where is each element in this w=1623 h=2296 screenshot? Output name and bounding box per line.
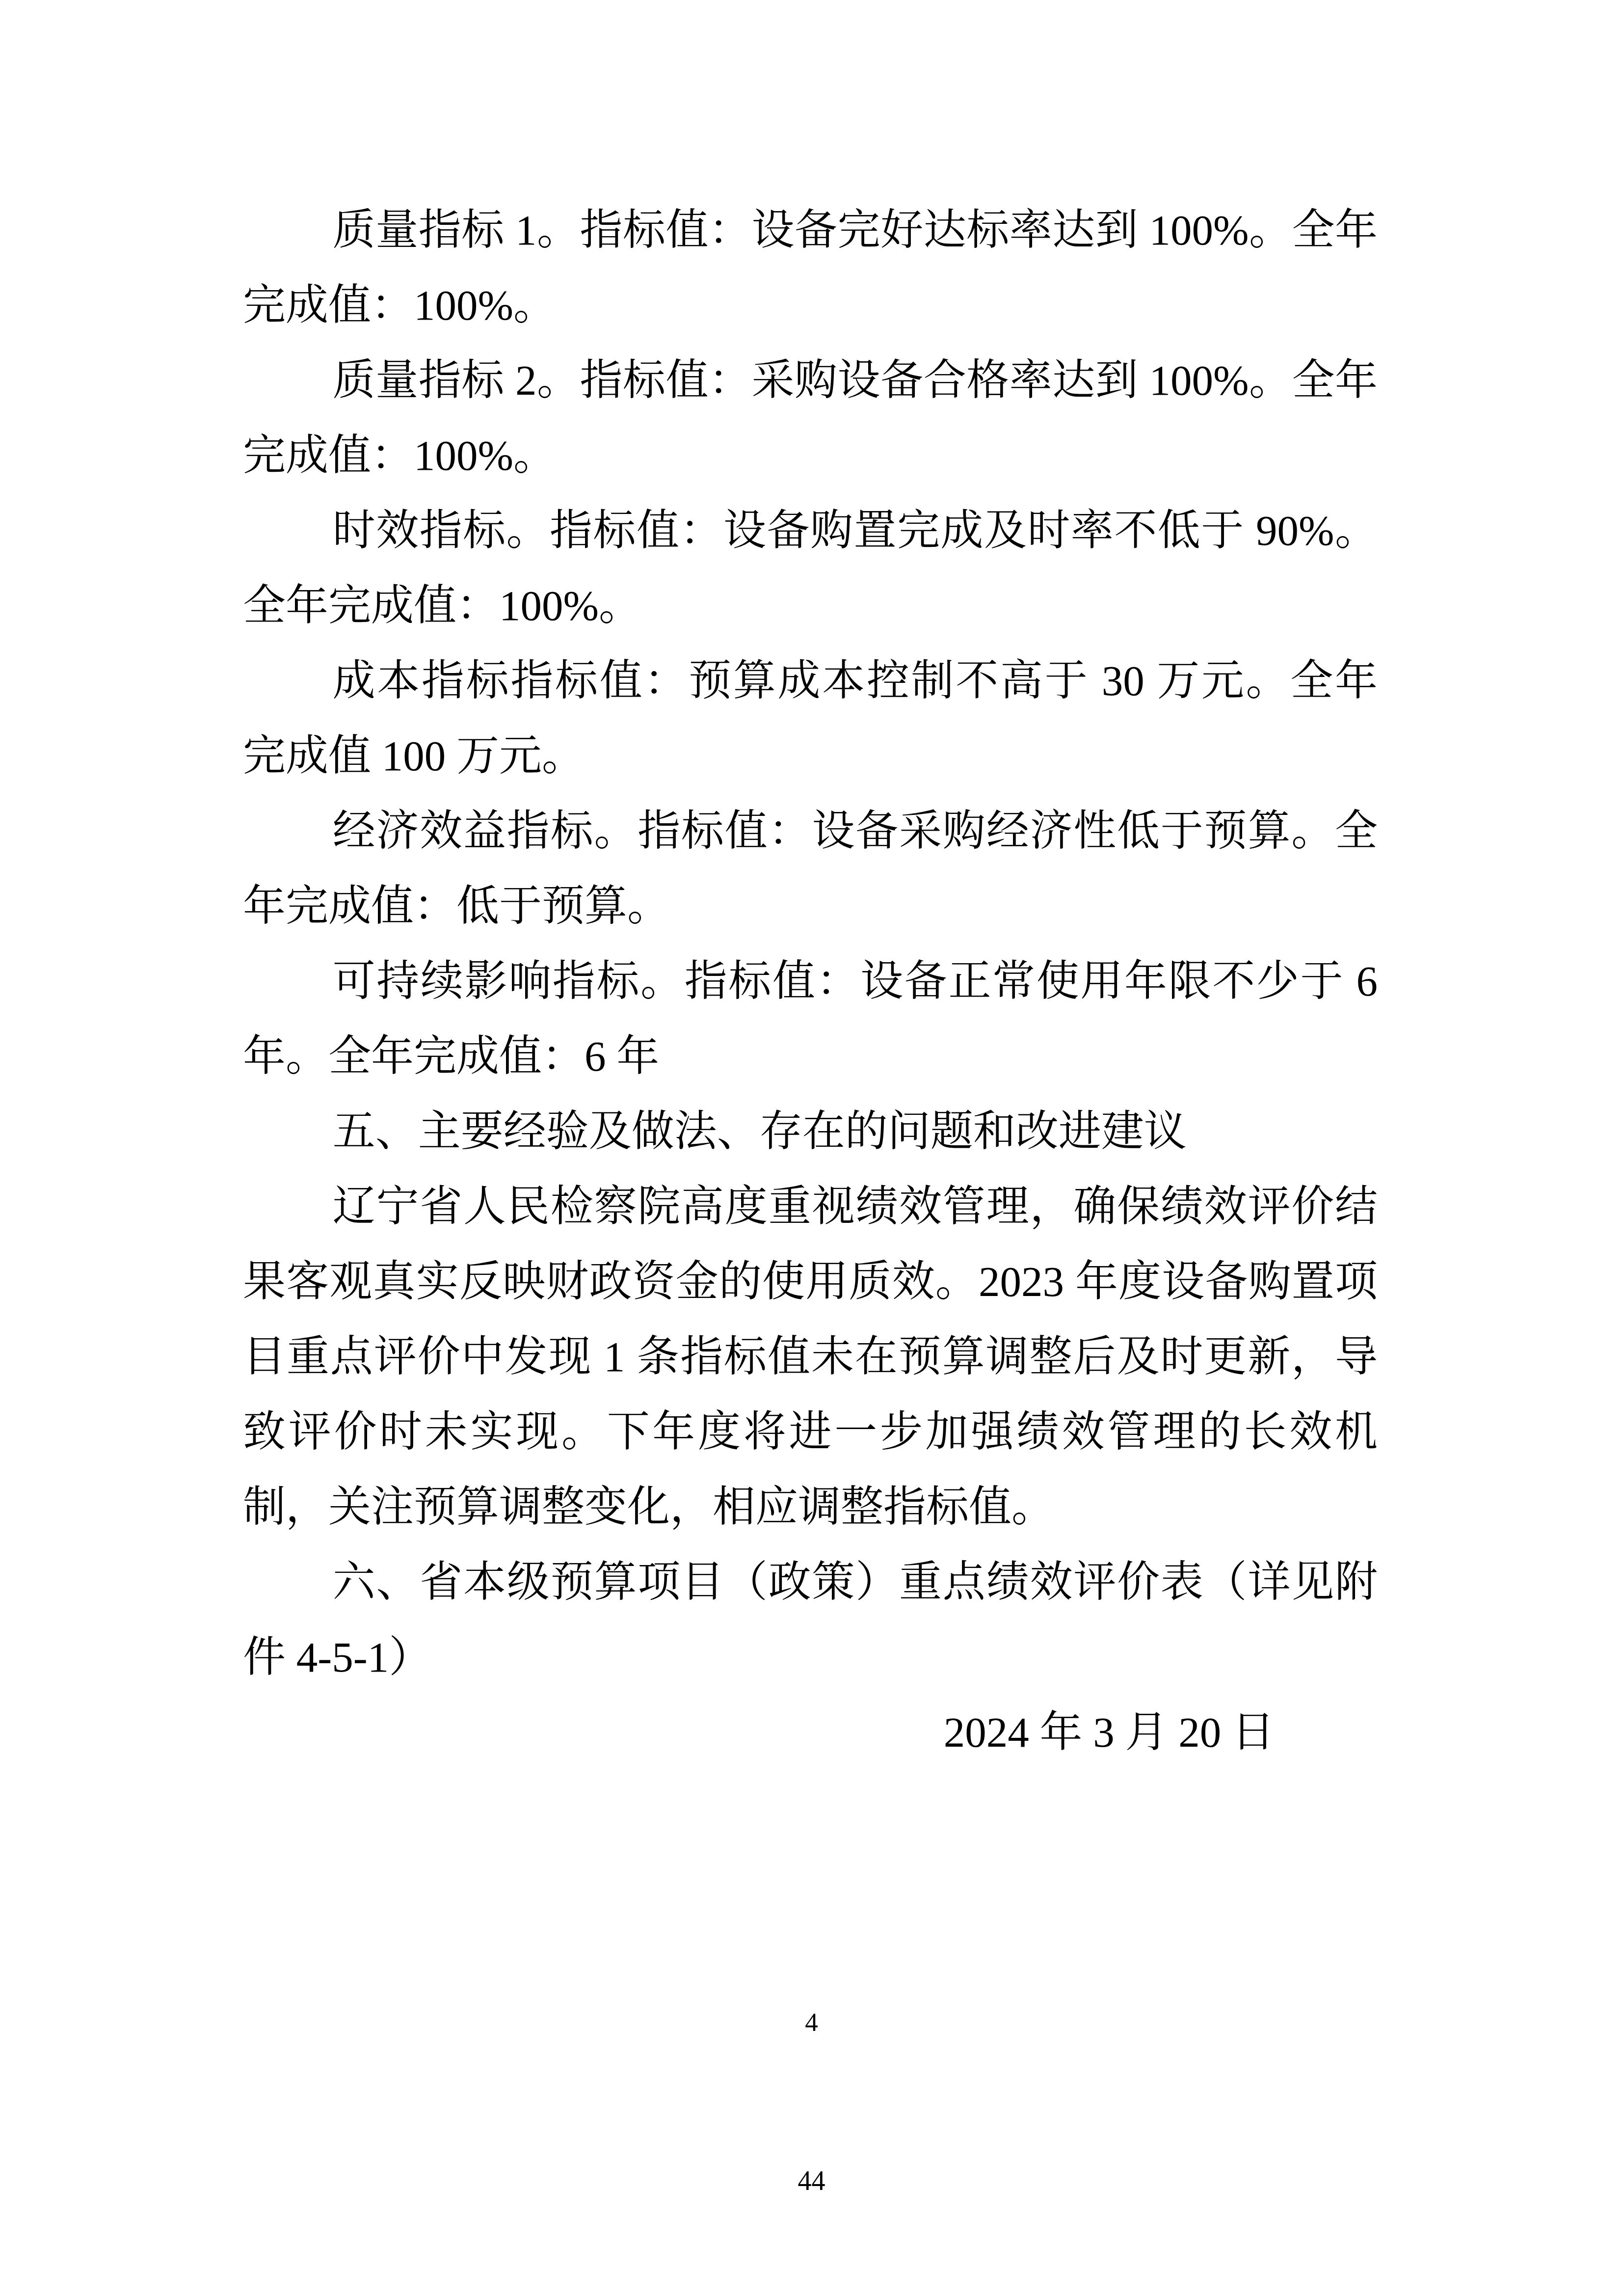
heading-section-6-evaluation-table-reference: 六、省本级预算项目（政策）重点绩效评价表（详见附件 4-5-1）	[243, 1544, 1378, 1695]
paragraph-cost-indicator: 成本指标指标值：预算成本控制不高于 30 万元。全年完成值 100 万元。	[243, 643, 1378, 793]
section-page-number: 4	[0, 2008, 1623, 2037]
paragraph-sustainable-impact-indicator: 可持续影响指标。指标值：设备正常使用年限不少于 6 年。全年完成值：6 年	[243, 944, 1378, 1094]
paragraph-timeliness-indicator: 时效指标。指标值：设备购置完成及时率不低于 90%。全年完成值：100%。	[243, 493, 1378, 643]
document-page-number: 44	[0, 2166, 1623, 2196]
report-body: 质量指标 1。指标值：设备完好达标率达到 100%。全年完成值：100%。 质量…	[243, 192, 1378, 1770]
paragraph-experience-and-improvement: 辽宁省人民检察院高度重视绩效管理，确保绩效评价结果客观真实反映财政资金的使用质效…	[243, 1169, 1378, 1544]
date-line: 2024 年 3 月 20 日	[243, 1695, 1378, 1770]
document-page: 质量指标 1。指标值：设备完好达标率达到 100%。全年完成值：100%。 质量…	[0, 0, 1623, 2296]
paragraph-quality-indicator-1: 质量指标 1。指标值：设备完好达标率达到 100%。全年完成值：100%。	[243, 192, 1378, 343]
heading-section-5-experience-problems-suggestions: 五、主要经验及做法、存在的问题和改进建议	[243, 1094, 1378, 1169]
paragraph-economic-benefit-indicator: 经济效益指标。指标值：设备采购经济性低于预算。全年完成值：低于预算。	[243, 793, 1378, 944]
paragraph-quality-indicator-2: 质量指标 2。指标值：采购设备合格率达到 100%。全年完成值：100%。	[243, 343, 1378, 493]
